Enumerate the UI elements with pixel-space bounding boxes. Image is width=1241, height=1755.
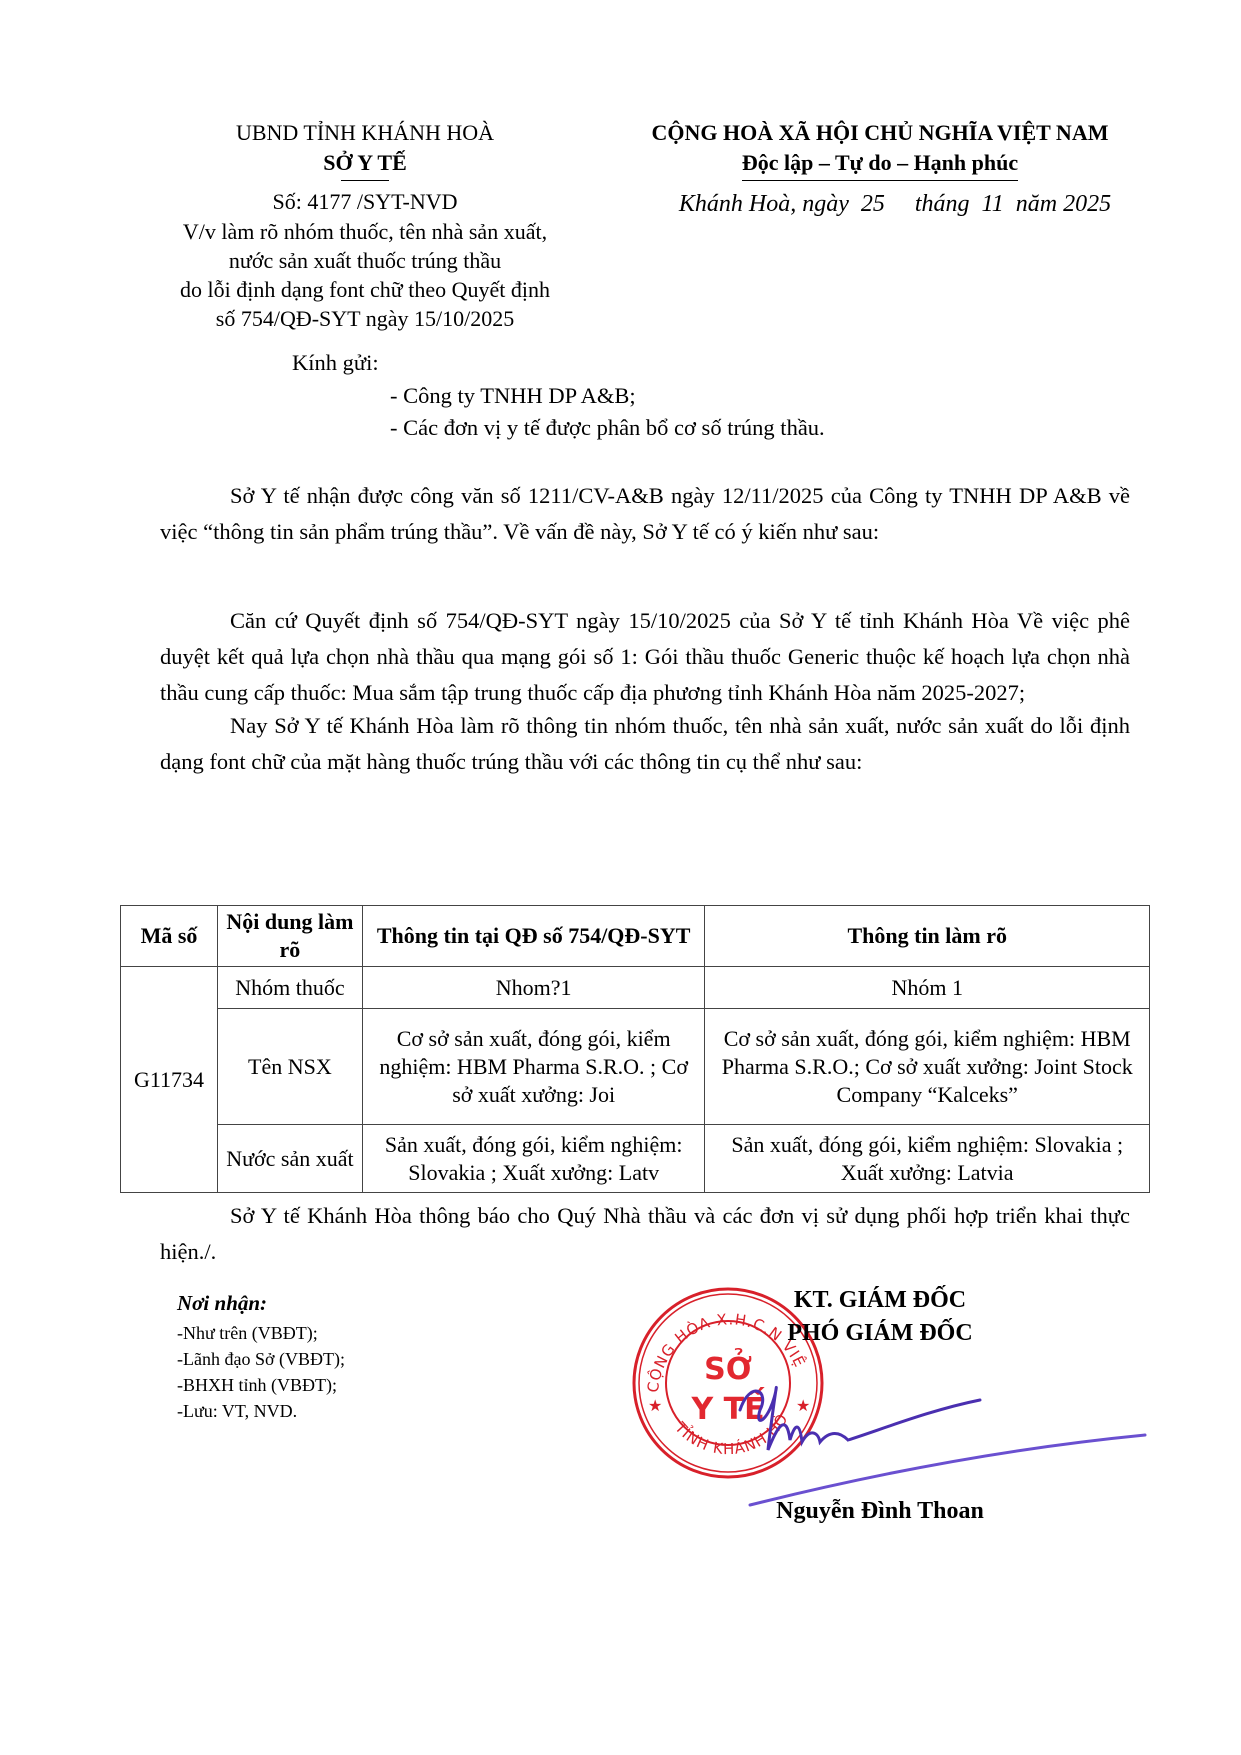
item-cell: Tên NSX	[217, 1009, 362, 1125]
signature-title-line1: KT. GIÁM ĐỐC	[700, 1284, 1060, 1317]
place-date: Khánh Hoà, ngày 25 tháng 11 năm 2025	[580, 189, 1180, 219]
table-row: Nước sản xuất Sản xuất, đóng gói, kiểm n…	[121, 1125, 1150, 1193]
body-paragraph-3: Nay Sở Y tế Khánh Hòa làm rõ thông tin n…	[160, 708, 1130, 780]
column-header-item: Nội dung làm rõ	[217, 906, 362, 967]
original-cell: Nhom?1	[362, 967, 705, 1009]
national-motto: Độc lập – Tự do – Hạnh phúc	[580, 148, 1180, 181]
recipient-item: -Lãnh đạo Sở (VBĐT);	[177, 1346, 345, 1372]
signature-title: KT. GIÁM ĐỐC PHÓ GIÁM ĐỐC	[700, 1284, 1060, 1350]
drug-code-cell: G11734	[121, 967, 218, 1193]
clarified-cell: Cơ sở sản xuất, đóng gói, kiểm nghiệm: H…	[705, 1009, 1150, 1125]
original-cell: Sản xuất, đóng gói, kiểm nghiệm: Slovaki…	[362, 1125, 705, 1193]
body-paragraph-1: Sở Y tế nhận được công văn số 1211/CV-A&…	[160, 478, 1130, 550]
item-cell: Nhóm thuốc	[217, 967, 362, 1009]
signature-title-line2: PHÓ GIÁM ĐỐC	[700, 1317, 1060, 1350]
recipients-block: Nơi nhận: -Như trên (VBĐT); -Lãnh đạo Sở…	[177, 1290, 345, 1424]
svg-text:★: ★	[648, 1398, 662, 1415]
table-row: Tên NSX Cơ sở sản xuất, đóng gói, kiểm n…	[121, 1009, 1150, 1125]
national-header: CỘNG HOÀ XÃ HỘI CHỦ NGHĨA VIỆT NAM Độc l…	[580, 118, 1180, 219]
clarified-cell: Nhóm 1	[705, 967, 1150, 1009]
recipient-item: -Lưu: VT, NVD.	[177, 1398, 345, 1424]
issuer-block: UBND TỈNH KHÁNH HOÀ SỞ Y TẾ Số: 4177 /SY…	[140, 118, 590, 333]
issuer-authority: UBND TỈNH KHÁNH HOÀ	[140, 118, 590, 148]
addressee-list: - Công ty TNHH DP A&B; - Các đơn vị y tế…	[390, 380, 825, 444]
addressee-item: - Công ty TNHH DP A&B;	[390, 380, 825, 412]
department-underline	[341, 180, 389, 181]
addressee-label: Kính gửi:	[292, 350, 379, 376]
addressee-item: - Các đơn vị y tế được phân bổ cơ số trú…	[390, 412, 825, 444]
document-number: Số: 4177 /SYT-NVD	[140, 187, 590, 217]
body-paragraph-2: Căn cứ Quyết định số 754/QĐ-SYT ngày 15/…	[160, 603, 1130, 711]
clarification-table: Mã số Nội dung làm rõ Thông tin tại QĐ s…	[120, 905, 1150, 1193]
signer-name: Nguyễn Đình Thoan	[700, 1498, 1060, 1525]
handwritten-signature-icon	[730, 1370, 1150, 1510]
motto-underline	[742, 180, 1018, 181]
issuer-department: SỞ Y TẾ	[140, 148, 590, 181]
recipient-item: -BHXH tỉnh (VBĐT);	[177, 1372, 345, 1398]
table-row: G11734 Nhóm thuốc Nhom?1 Nhóm 1	[121, 967, 1150, 1009]
table-header-row: Mã số Nội dung làm rõ Thông tin tại QĐ s…	[121, 906, 1150, 967]
recipients-title: Nơi nhận:	[177, 1290, 345, 1316]
column-header-original: Thông tin tại QĐ số 754/QĐ-SYT	[362, 906, 705, 967]
item-cell: Nước sản xuất	[217, 1125, 362, 1193]
document-subject: V/v làm rõ nhóm thuốc, tên nhà sản xuất,…	[140, 217, 590, 333]
closing-paragraph: Sở Y tế Khánh Hòa thông báo cho Quý Nhà …	[160, 1198, 1130, 1270]
column-header-clarified: Thông tin làm rõ	[705, 906, 1150, 967]
original-cell: Cơ sở sản xuất, đóng gói, kiểm nghiệm: H…	[362, 1009, 705, 1125]
nation-title: CỘNG HOÀ XÃ HỘI CHỦ NGHĨA VIỆT NAM	[580, 118, 1180, 148]
recipient-item: -Như trên (VBĐT);	[177, 1320, 345, 1346]
column-header-code: Mã số	[121, 906, 218, 967]
clarified-cell: Sản xuất, đóng gói, kiểm nghiệm: Slovaki…	[705, 1125, 1150, 1193]
